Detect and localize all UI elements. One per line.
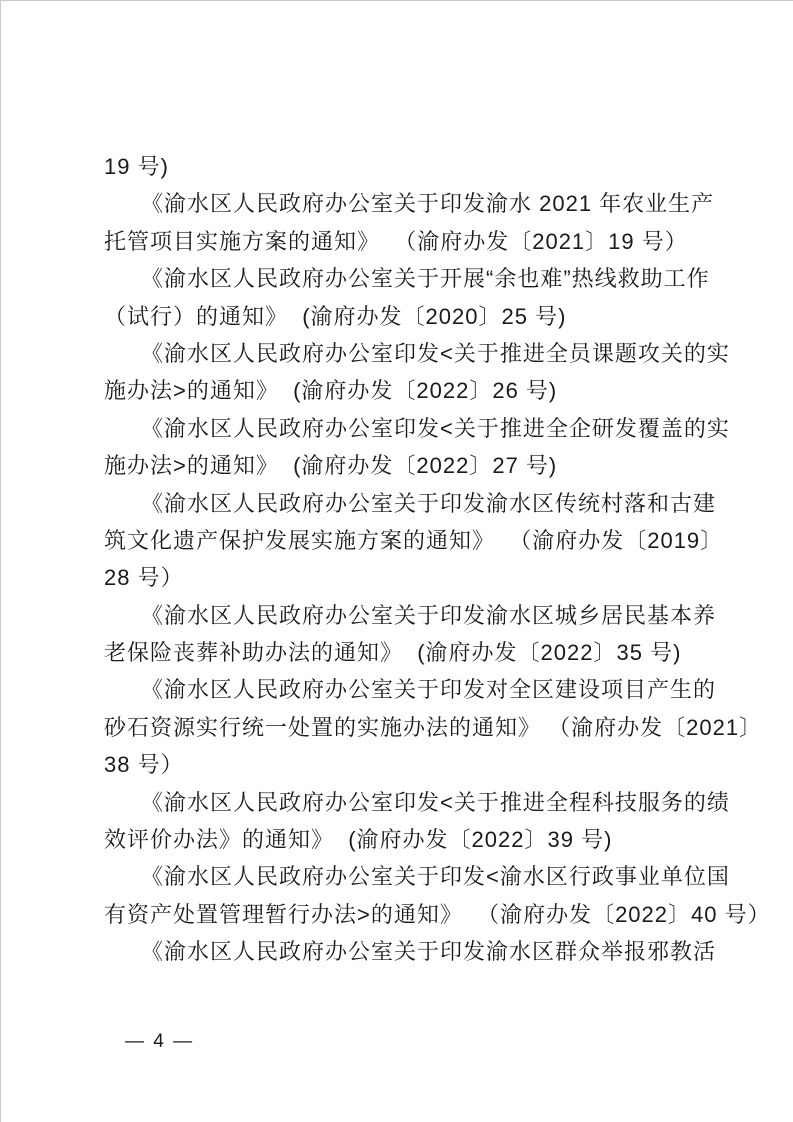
document-line: 《渝水区人民政府办公室关于开展“余也难”热线救助工作: [104, 260, 719, 297]
document-line: 效评价办法》的通知》 (渝府办发〔2022〕39 号): [104, 821, 719, 858]
document-page: 19 号) 《渝水区人民政府办公室关于印发渝水 2021 年农业生产 托管项目实…: [0, 0, 793, 1122]
document-line: 28 号）: [104, 559, 719, 596]
document-line: 老保险丧葬补助办法的通知》 (渝府办发〔2022〕35 号): [104, 634, 719, 671]
document-line: 施办法>的通知》 (渝府办发〔2022〕26 号): [104, 372, 719, 409]
document-line: 38 号）: [104, 746, 719, 783]
document-line: 《渝水区人民政府办公室关于印发对全区建设项目产生的: [104, 671, 719, 708]
document-line: 19 号): [104, 148, 719, 185]
document-line: （试行）的通知》 (渝府办发〔2020〕25 号): [104, 298, 719, 335]
document-body: 19 号) 《渝水区人民政府办公室关于印发渝水 2021 年农业生产 托管项目实…: [104, 148, 719, 971]
document-line: 筑文化遗产保护发展实施方案的通知》 （渝府办发〔2019〕: [104, 522, 719, 559]
document-line: 《渝水区人民政府办公室关于印发渝水区群众举报邪教活: [104, 933, 719, 970]
document-line: 砂石资源实行统一处置的实施办法的通知》 （渝府办发〔2021〕: [104, 709, 719, 746]
document-line: 有资产处置管理暂行办法>的通知》 （渝府办发〔2022〕40 号）: [104, 896, 719, 933]
document-line: 《渝水区人民政府办公室印发<关于推进全企研发覆盖的实: [104, 410, 719, 447]
document-line: 《渝水区人民政府办公室关于印发<渝水区行政事业单位国: [104, 858, 719, 895]
document-line: 施办法>的通知》 (渝府办发〔2022〕27 号): [104, 447, 719, 484]
page-number: — 4 —: [125, 1031, 194, 1053]
document-line: 《渝水区人民政府办公室印发<关于推进全程科技服务的绩: [104, 784, 719, 821]
document-line: 《渝水区人民政府办公室关于印发渝水区城乡居民基本养: [104, 597, 719, 634]
document-line: 托管项目实施方案的通知》 （渝府办发〔2021〕19 号）: [104, 223, 719, 260]
document-line: 《渝水区人民政府办公室印发<关于推进全员课题攻关的实: [104, 335, 719, 372]
document-line: 《渝水区人民政府办公室关于印发渝水区传统村落和古建: [104, 485, 719, 522]
document-line: 《渝水区人民政府办公室关于印发渝水 2021 年农业生产: [104, 185, 719, 222]
